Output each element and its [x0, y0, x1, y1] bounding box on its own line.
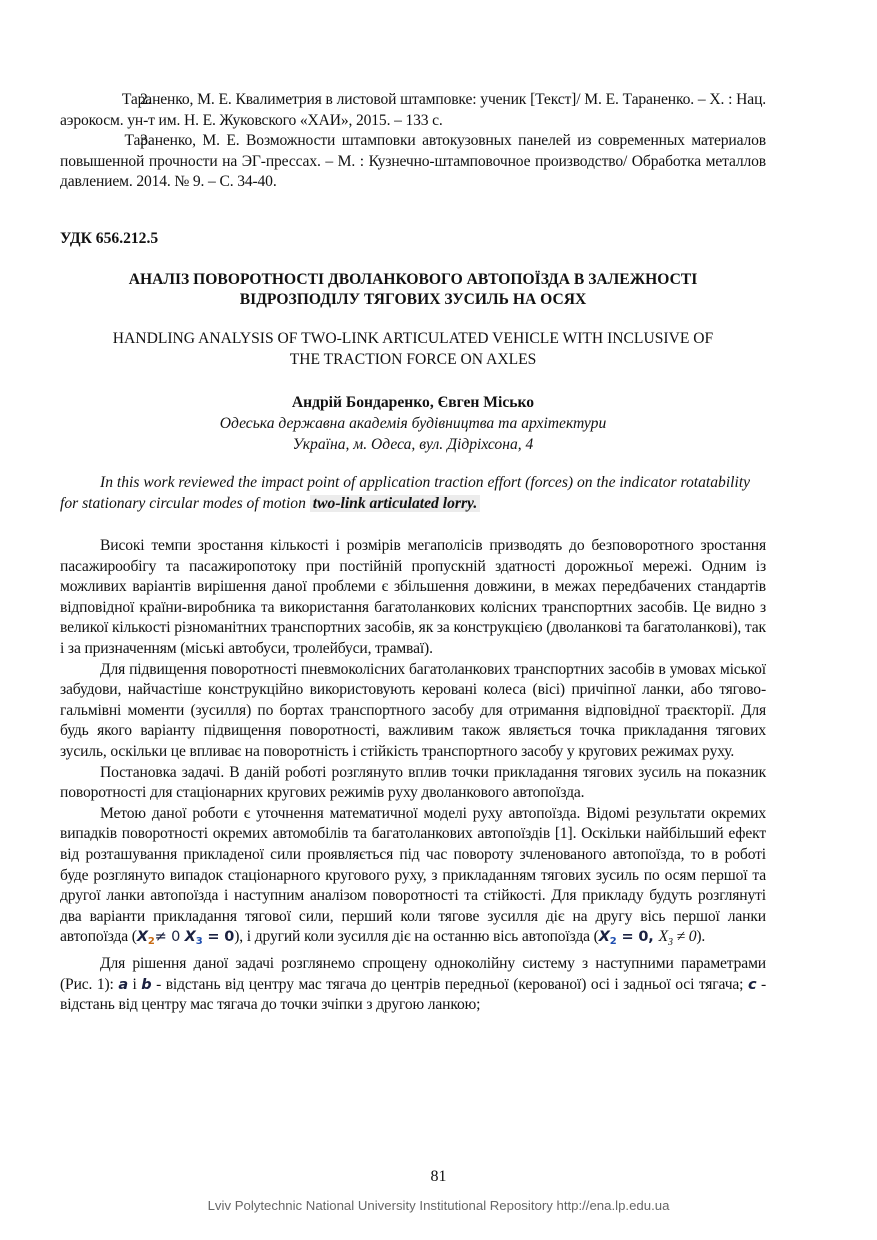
authors-block: Андрій Бондаренко, Євген Місько Одеська … — [60, 392, 766, 455]
var-a: a — [118, 977, 128, 993]
references: 2. Тараненко, М. Е. Квалиметрия в листов… — [60, 90, 766, 193]
address: Україна, м. Одеса, вул. Дідріхсона, 4 — [60, 434, 766, 455]
formula-case-2: X2 = 0, — [599, 929, 659, 945]
title-ukrainian: АНАЛІЗ ПОВОРОТНОСТІ ДВОЛАНКОВОГО АВТОПОЇ… — [60, 270, 766, 310]
paragraph: Для рішення даної задачі розглянемо спро… — [60, 954, 766, 1016]
highlighted-text: two-link articulated lorry. — [310, 495, 480, 512]
formula-case-1: X2≠ 0 X3 = 0 — [137, 929, 234, 945]
author-names: Андрій Бондаренко, Євген Місько — [60, 392, 766, 413]
paragraph: Постановка задачі. В даній роботі розгля… — [60, 763, 766, 804]
reference-2: 2. Тараненко, М. Е. Квалиметрия в листов… — [60, 90, 766, 131]
abstract: In this work reviewed the impact point o… — [60, 472, 766, 514]
body-text: Високі темпи зростання кількості і розмі… — [60, 536, 766, 1016]
formula-x3: X3 ≠ 0 — [659, 928, 697, 945]
paragraph: Метою даної роботи є уточнення математич… — [60, 804, 766, 954]
title-english: HANDLING ANALYSIS OF TWO-LINK ARTICULATE… — [60, 329, 766, 370]
paragraph: Для підвищення поворотності пневмоколісн… — [60, 660, 766, 763]
udk-code: УДК 656.212.5 — [60, 230, 158, 248]
affiliation: Одеська державна академія будівництва та… — [60, 413, 766, 434]
var-b: b — [141, 977, 151, 993]
reference-3: 3. Тараненко, М. Е. Возможности штамповк… — [60, 131, 766, 193]
repository-footer: Lviv Polytechnic National University Ins… — [0, 1198, 877, 1213]
paragraph: Високі темпи зростання кількості і розмі… — [60, 536, 766, 660]
page-number: 81 — [0, 1168, 877, 1186]
